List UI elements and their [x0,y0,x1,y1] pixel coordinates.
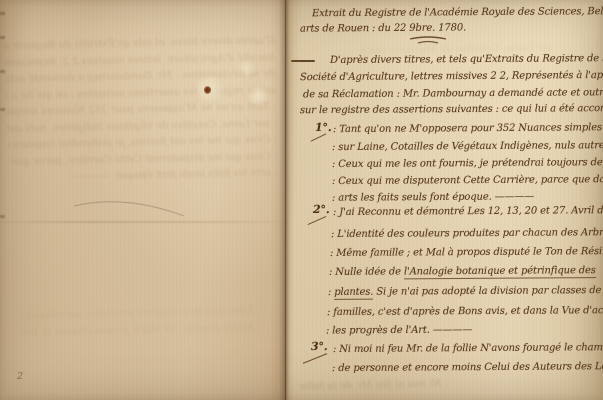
item1-line-2: : sur Laine, Cotailles de Végétaux Indig… [332,140,603,154]
bleedthrough-text-block: D'après divers titres, et tels qu'Extrai… [4,33,277,187]
bleedthrough-text-block-faint: : L'identité des couleurs produites par … [20,303,261,341]
header-line-2: arts de Rouen : du 22 9bre. 1780. [300,22,466,35]
item2-marker: 2°. [313,204,330,216]
paper-edge-mark [0,36,5,39]
item2-line-3: : Même famille ; et Mal à propos disputé… [330,246,603,260]
paragraph-line-3: de sa Réclamation : Mr. Dambournay a dem… [303,87,603,102]
item2-line-2: : L'identité des couleurs produites par … [331,227,603,241]
item3-line-1: : Ni moi ni feu Mr. de la follie N'avons… [333,342,603,356]
left-page: D'après divers titres, et tels qu'Extrai… [0,0,286,400]
water-spot [236,60,256,76]
item3-line-2: : de personne et encore moins Celui des … [332,361,603,375]
item2-line-7: : les progrès de l'Art. ———— [326,324,472,337]
item1-marker: 1°. [315,122,332,134]
item2-line-5-rest: Si je n'ai pas adopté la division par cl… [373,285,601,298]
water-spot [246,86,270,106]
manuscript-spread: D'après divers titres, et tels qu'Extrai… [0,0,603,400]
item1-line-3: : Ceux qui me les ont fournis, je préten… [332,157,603,171]
item2-line-5: : plantes. Si je n'ai pas adopté la divi… [328,285,601,299]
ink-spot [204,86,211,94]
item2-line-5-underlined: plantes. [334,287,373,300]
item2-line-6: : familles, c'est d'après de Bons avis, … [327,305,603,319]
item2-line-4-underlined: l'Analogie botanique et pétrinfique des [404,265,596,279]
item2-line-4: : Nulle idée de l'Analogie botanique et … [329,265,596,279]
paragraph-line-2: Société d'Agriculture, lettres missives … [300,70,603,84]
item1-line-4: : Ceux qui me disputeront Cette Carrière… [332,174,603,188]
item2-line-1: : J'ai Reconnu et démontré Les 12, 13, 2… [333,205,603,219]
item1-line-1: : Tant qu'on ne M'opposera pour 352 Nuan… [333,122,603,136]
pencil-arc-mark [70,196,190,222]
bleedthrough-smudge-line: : Ni moi ni feu Mr. de la follie N'avons… [298,376,448,396]
ghost-line: : Ni moi ni feu Mr. de la follie N'avons… [298,376,448,396]
page-mark: 2 [17,371,23,383]
fold-crease-line [285,0,286,400]
paper-edge-mark [0,12,5,15]
paper-edge-mark [0,70,5,73]
paper-edge-mark [0,108,5,111]
paper-edge-mark [0,215,5,218]
header-line-1: Extrait du Registre de l'Académie Royale… [312,6,603,20]
paragraph-line-4: sur le registre des assertions suivantes… [300,103,603,117]
item3-marker: 3°. [311,341,328,353]
item2-line-4-prefix: : Nulle idée de [329,266,404,278]
item1-line-5: : arts les faits seuls font époque. ———— [332,191,534,204]
